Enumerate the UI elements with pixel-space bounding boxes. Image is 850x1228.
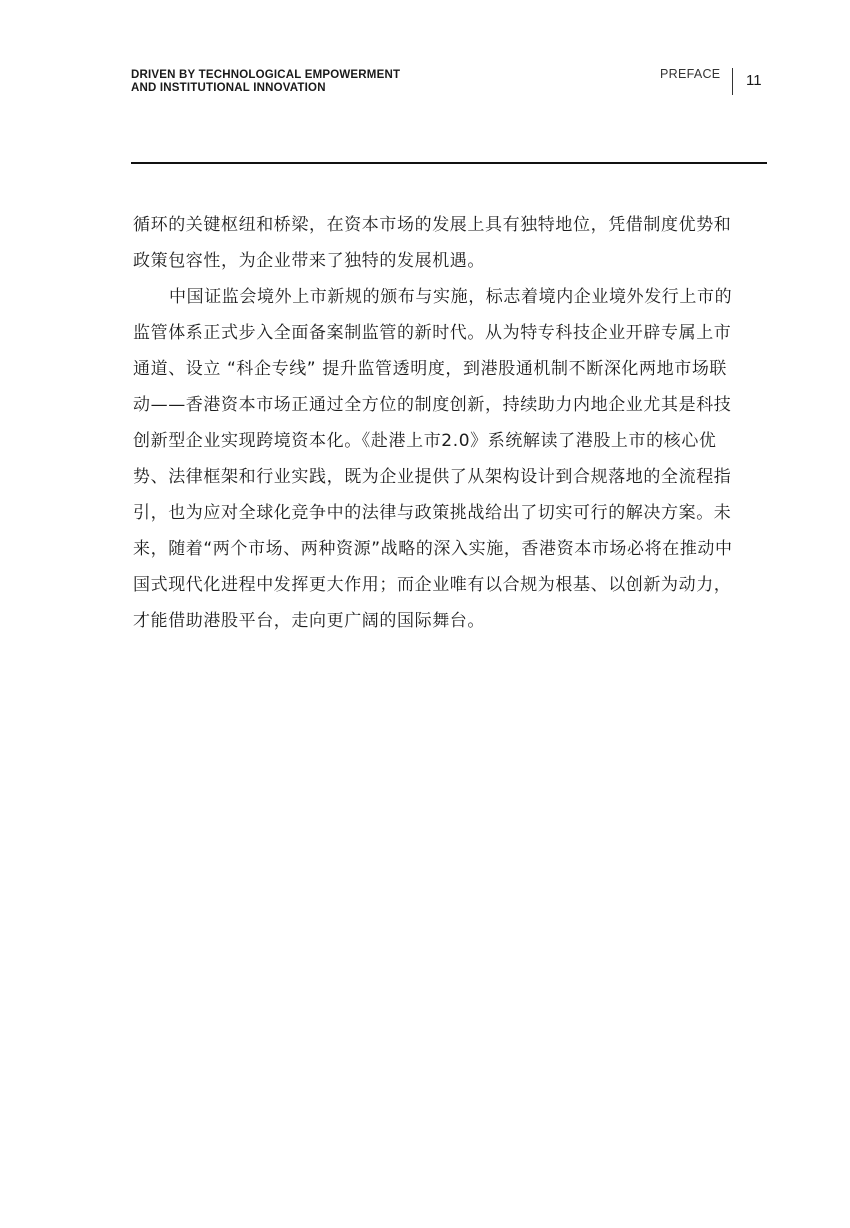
- section-label: PREFACE: [660, 67, 720, 81]
- running-header-title: DRIVEN BY TECHNOLOGICAL EMPOWERMENT AND …: [131, 69, 400, 95]
- text-line: 通道、设立 “科企专线” 提升监管透明度，到港股通机制不断深化两地市场联: [133, 351, 773, 387]
- text-line: 监管体系正式步入全面备案制监管的新时代。从为特专科技企业开辟专属上市: [133, 315, 773, 351]
- header-divider: [732, 68, 733, 95]
- header-title-line-2: AND INSTITUTIONAL INNOVATION: [131, 82, 400, 95]
- body-text: 循环的关键枢纽和桥梁，在资本市场的发展上具有独特地位，凭借制度优势和 政策包容性…: [133, 207, 773, 639]
- text-line: 循环的关键枢纽和桥梁，在资本市场的发展上具有独特地位，凭借制度优势和: [133, 207, 773, 243]
- text-line: 势、法律框架和行业实践，既为企业提供了从架构设计到合规落地的全流程指: [133, 459, 773, 495]
- text-line: 动——香港资本市场正通过全方位的制度创新，持续助力内地企业尤其是科技: [133, 387, 773, 423]
- paragraph-start-line: 中国证监会境外上市新规的颁布与实施，标志着境内企业境外发行上市的: [133, 279, 773, 315]
- text-line: 来，随着“两个市场、两种资源”战略的深入实施，香港资本市场必将在推动中: [133, 531, 773, 567]
- text-line: 国式现代化进程中发挥更大作用；而企业唯有以合规为根基、以创新为动力，: [133, 567, 773, 603]
- header-title-line-1: DRIVEN BY TECHNOLOGICAL EMPOWERMENT: [131, 69, 400, 82]
- header-rule: [131, 162, 767, 164]
- text-line: 政策包容性，为企业带来了独特的发展机遇。: [133, 243, 773, 279]
- text-line: 才能借助港股平台，走向更广阔的国际舞台。: [133, 603, 773, 639]
- text-line: 创新型企业实现跨境资本化。《赴港上市2.0》系统解读了港股上市的核心优: [133, 423, 773, 459]
- page-number: 11: [746, 72, 762, 89]
- text-line: 引，也为应对全球化竞争中的法律与政策挑战给出了切实可行的解决方案。未: [133, 495, 773, 531]
